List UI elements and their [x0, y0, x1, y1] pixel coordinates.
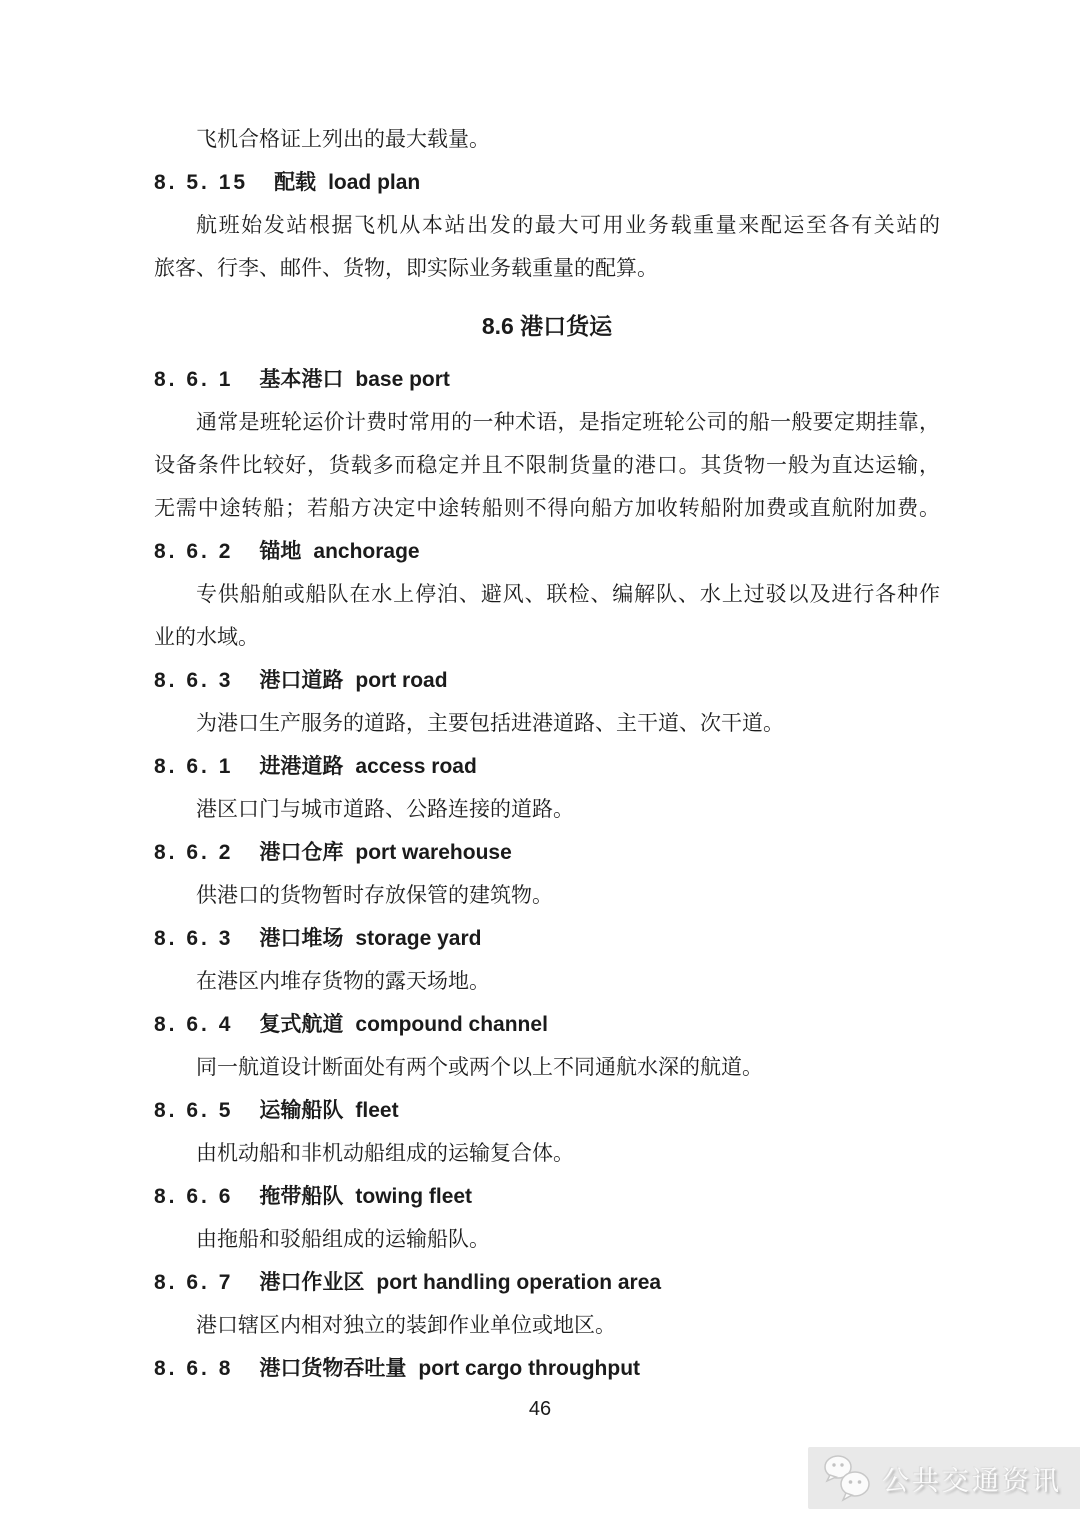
document-page: 飞机合格证上列出的最大载量。8. 5. 15配载load plan航班始发站根据… [0, 0, 1080, 1527]
section-title: 8.6 港口货运 [154, 305, 940, 348]
term-heading: 8. 6. 2港口仓库port warehouse [154, 831, 940, 874]
term-heading: 8. 5. 15配载load plan [154, 161, 940, 204]
term-heading: 8. 6. 1基本港口base port [154, 358, 940, 401]
term-en: access road [355, 755, 476, 778]
definition-line: 在港区内堆存货物的露天场地。 [154, 960, 940, 1003]
definition-line: 业的水域。 [154, 616, 940, 659]
definition-line: 同一航道设计断面处有两个或两个以上不同通航水深的航道。 [154, 1046, 940, 1089]
term-zh: 基本港口 [259, 368, 343, 391]
term-number: 8. 6. 7 [154, 1271, 233, 1294]
term-heading: 8. 6. 8港口货物吞吐量port cargo throughput [154, 1347, 940, 1390]
definition-line: 由拖船和驳船组成的运输船队。 [154, 1218, 940, 1261]
term-heading: 8. 6. 1进港道路access road [154, 745, 940, 788]
term-zh: 锚地 [259, 540, 301, 563]
term-number: 8. 5. 15 [154, 171, 248, 194]
term-zh: 拖带船队 [259, 1185, 343, 1208]
term-zh: 进港道路 [259, 755, 343, 778]
term-zh: 港口堆场 [259, 927, 343, 950]
definition-line: 港口辖区内相对独立的装卸作业单位或地区。 [154, 1304, 940, 1347]
term-number: 8. 6. 4 [154, 1013, 233, 1036]
term-en: storage yard [355, 927, 481, 950]
definition-line: 为港口生产服务的道路，主要包括进港道路、主干道、次干道。 [154, 702, 940, 745]
term-zh: 配载 [274, 171, 316, 194]
definition-line: 设备条件比较好，货载多而稳定并且不限制货量的港口。其货物一般为直达运输， [154, 444, 940, 487]
term-zh: 港口货物吞吐量 [259, 1357, 406, 1380]
definition-line: 旅客、行李、邮件、货物，即实际业务载重量的配算。 [154, 247, 940, 290]
term-number: 8. 6. 2 [154, 841, 233, 864]
term-number: 8. 6. 2 [154, 540, 233, 563]
term-en: towing fleet [355, 1185, 472, 1208]
term-heading: 8. 6. 2锚地anchorage [154, 530, 940, 573]
definition-line: 无需中途转船；若船方决定中途转船则不得向船方加收转船附加费或直航附加费。 [154, 487, 940, 530]
term-en: port warehouse [355, 841, 511, 864]
wechat-watermark: 公共交通资讯 [808, 1447, 1080, 1509]
definition-line: 飞机合格证上列出的最大载量。 [154, 118, 940, 161]
terms-content: 飞机合格证上列出的最大载量。8. 5. 15配载load plan航班始发站根据… [154, 118, 940, 1390]
term-en: port cargo throughput [418, 1357, 640, 1380]
term-en: compound channel [355, 1013, 548, 1036]
term-zh: 港口作业区 [259, 1271, 364, 1294]
term-en: fleet [355, 1099, 398, 1122]
definition-line: 由机动船和非机动船组成的运输复合体。 [154, 1132, 940, 1175]
term-heading: 8. 6. 3港口堆场storage yard [154, 917, 940, 960]
term-heading: 8. 6. 3港口道路port road [154, 659, 940, 702]
term-zh: 港口仓库 [259, 841, 343, 864]
term-en: load plan [328, 171, 420, 194]
term-zh: 港口道路 [259, 669, 343, 692]
term-number: 8. 6. 3 [154, 669, 233, 692]
term-en: base port [355, 368, 450, 391]
term-heading: 8. 6. 4复式航道compound channel [154, 1003, 940, 1046]
term-zh: 复式航道 [259, 1013, 343, 1036]
term-en: anchorage [313, 540, 419, 563]
term-heading: 8. 6. 7港口作业区port handling operation area [154, 1261, 940, 1304]
term-en: port handling operation area [376, 1271, 661, 1294]
definition-line: 航班始发站根据飞机从本站出发的最大可用业务载重量来配运至各有关站的 [154, 204, 940, 247]
page-number: 46 [0, 1394, 1080, 1424]
term-zh: 运输船队 [259, 1099, 343, 1122]
definition-line: 通常是班轮运价计费时常用的一种术语，是指定班轮公司的船一般要定期挂靠， [154, 401, 940, 444]
definition-line: 专供船舶或船队在水上停泊、避风、联检、编解队、水上过驳以及进行各种作 [154, 573, 940, 616]
term-number: 8. 6. 8 [154, 1357, 233, 1380]
watermark-text: 公共交通资讯 [882, 1459, 1062, 1498]
term-heading: 8. 6. 6拖带船队towing fleet [154, 1175, 940, 1218]
wechat-icon [822, 1454, 872, 1502]
term-en: port road [355, 669, 447, 692]
term-number: 8. 6. 3 [154, 927, 233, 950]
term-number: 8. 6. 1 [154, 368, 233, 391]
term-number: 8. 6. 5 [154, 1099, 233, 1122]
definition-line: 供港口的货物暂时存放保管的建筑物。 [154, 874, 940, 917]
term-number: 8. 6. 1 [154, 755, 233, 778]
definition-line: 港区口门与城市道路、公路连接的道路。 [154, 788, 940, 831]
term-number: 8. 6. 6 [154, 1185, 233, 1208]
term-heading: 8. 6. 5运输船队fleet [154, 1089, 940, 1132]
